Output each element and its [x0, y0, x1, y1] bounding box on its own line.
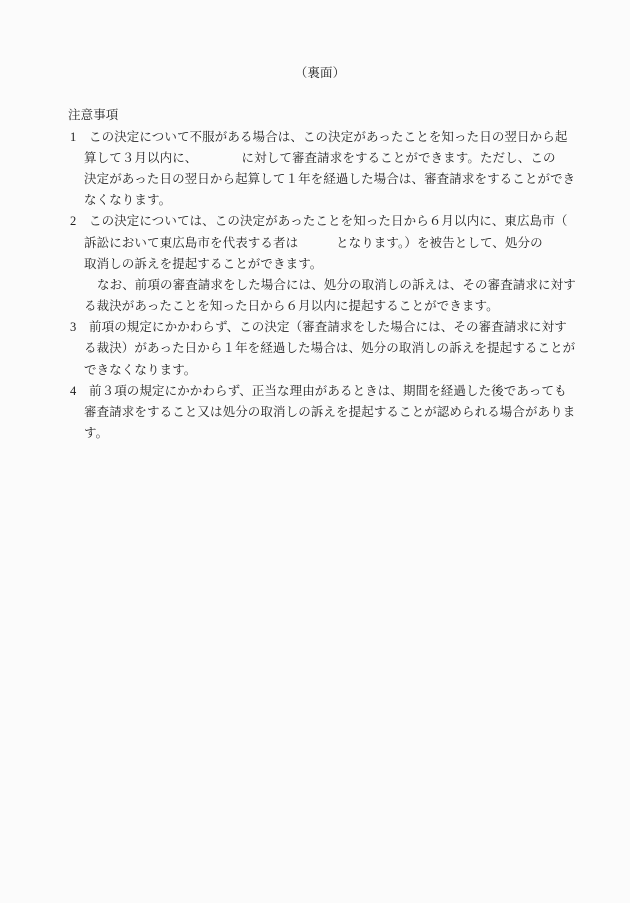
item-line: 訴訟において東広島市を代表する者は となります。）を被告として、処分の [0, 233, 630, 254]
document-text-block: （裏面） 注意事項 1この決定について不服がある場合は、この決定があったことを知… [0, 63, 630, 444]
item-number: 1 [70, 127, 89, 148]
item-line: る裁決があったことを知った日から６月以内に提起することができます。 [0, 296, 630, 317]
document-page: （裏面） 注意事項 1この決定について不服がある場合は、この決定があったことを知… [0, 0, 630, 903]
item-line: なお、前項の審査請求をした場合には、処分の取消しの訴えは、その審査請求に対す [0, 275, 630, 296]
item-line: 3前項の規定にかかわらず、この決定（審査請求をした場合には、その審査請求に対す [0, 317, 630, 338]
item-line: できなくなります。 [0, 360, 630, 381]
item-text: この決定については、この決定があったことを知った日から６月以内に、東広島市（ [89, 214, 567, 228]
notice-item-2: 2この決定については、この決定があったことを知った日から６月以内に、東広島市（ … [0, 211, 630, 317]
item-line: 審査請求をすること又は処分の取消しの訴えを提起することが認められる場合がありま [0, 402, 630, 423]
item-text: この決定について不服がある場合は、この決定があったことを知った日の翌日から起 [89, 130, 567, 144]
item-line: 4前３項の規定にかかわらず、正当な理由があるときは、期間を経過した後であっても [0, 381, 630, 402]
notice-heading: 注意事項 [0, 105, 630, 126]
item-line: す。 [0, 423, 630, 444]
item-line: 決定があった日の翌日から起算して１年を経過した場合は、審査請求をすることができ [0, 169, 630, 190]
item-number: 4 [70, 381, 89, 402]
item-line: 1この決定について不服がある場合は、この決定があったことを知った日の翌日から起 [0, 127, 630, 148]
item-number: 3 [70, 317, 89, 338]
page-side-label: （裏面） [0, 63, 630, 84]
spacer-line [0, 84, 630, 105]
item-line: 2この決定については、この決定があったことを知った日から６月以内に、東広島市（ [0, 211, 630, 232]
notice-item-3: 3前項の規定にかかわらず、この決定（審査請求をした場合には、その審査請求に対す … [0, 317, 630, 381]
item-text: 前３項の規定にかかわらず、正当な理由があるときは、期間を経過した後であっても [89, 384, 567, 398]
item-line: 算して３月以内に、 に対して審査請求をすることができます。ただし、この [0, 148, 630, 169]
notice-item-4: 4前３項の規定にかかわらず、正当な理由があるときは、期間を経過した後であっても … [0, 381, 630, 445]
item-line: る裁決）があった日から１年を経過した場合は、処分の取消しの訴えを提起することが [0, 338, 630, 359]
item-line: 取消しの訴えを提起することができます。 [0, 254, 630, 275]
notice-item-1: 1この決定について不服がある場合は、この決定があったことを知った日の翌日から起 … [0, 127, 630, 212]
item-number: 2 [70, 211, 89, 232]
item-line: なくなります。 [0, 190, 630, 211]
item-text: 前項の規定にかかわらず、この決定（審査請求をした場合には、その審査請求に対す [89, 320, 567, 334]
